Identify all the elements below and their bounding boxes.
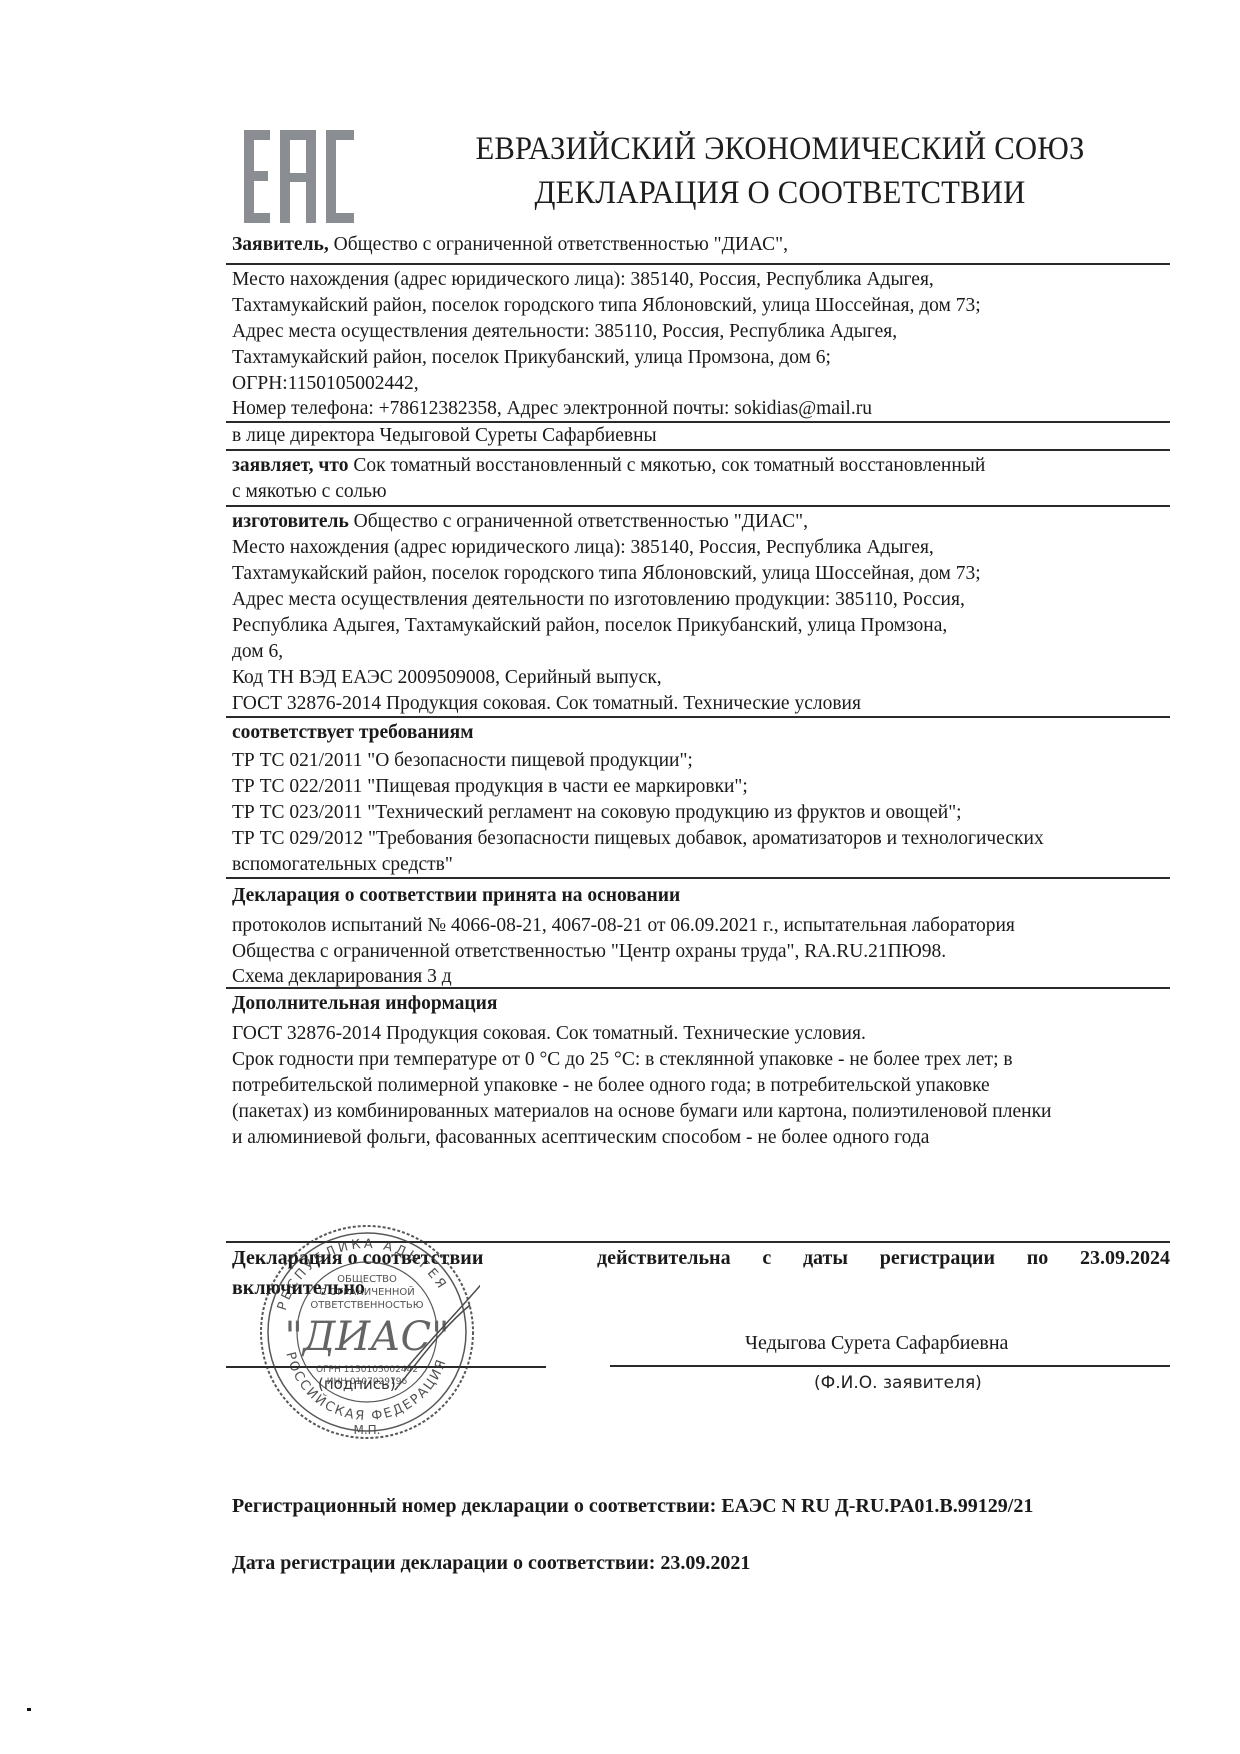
registration-date-label: Дата регистрации декларации о соответств… (232, 1552, 655, 1574)
svg-text:ОГРН 1150105002442: ОГРН 1150105002442 (316, 1365, 418, 1375)
divider (226, 263, 1170, 265)
test-protocols: протоколов испытаний № 4066-08-21, 4067-… (232, 912, 1015, 939)
requirements-label: соответствует требованиям (232, 719, 474, 746)
validity-word: даты (803, 1247, 848, 1270)
applicant-contacts: Номер телефона: +78612382358, Адрес элек… (232, 395, 872, 422)
shelf-life-line: Срок годности при температуре от 0 °С до… (232, 1046, 1013, 1073)
shelf-life-line: и алюминиевой фольги, фасованных асептич… (232, 1124, 929, 1151)
validity-statement: действительна с даты регистрации по 23.0… (597, 1247, 1170, 1270)
applicant-address-2: Тахтамукайский район, поселок городского… (232, 292, 981, 319)
applicant-ogrn: ОГРН:1150105002442, (232, 370, 419, 397)
name-line (610, 1365, 1170, 1367)
registration-number-label: Регистрационный номер декларации о соотв… (232, 1495, 716, 1517)
divider (226, 716, 1170, 718)
test-laboratory: Общества с ограниченной ответственностью… (232, 938, 946, 965)
divider (226, 505, 1170, 507)
manufacturer-activity-2: Республика Адыгея, Тахтамукайский район,… (232, 612, 947, 639)
svg-text:ИНН 0107029796: ИНН 0107029796 (327, 1377, 408, 1387)
gost-standard: ГОСТ 32876-2014 Продукция соковая. Сок т… (232, 690, 861, 717)
requirement-item: ТР ТС 021/2011 "О безопасности пищевой п… (232, 747, 693, 774)
validity-word: с (762, 1247, 771, 1270)
registration-number-line: Регистрационный номер декларации о соотв… (232, 1495, 1033, 1518)
manufacturer-activity-1: Адрес места осуществления деятельности п… (232, 586, 965, 613)
declaration-page: ЕВРАЗИЙСКИЙ ЭКОНОМИЧЕСКИЙ СОЮЗ ДЕКЛАРАЦИ… (0, 0, 1240, 1754)
shelf-life-line: (пакетах) из комбинированных материалов … (232, 1098, 1051, 1125)
divider (226, 877, 1170, 879)
validity-word: по (1027, 1247, 1049, 1270)
product-name-cont: с мякотью с солью (232, 478, 387, 505)
divider (226, 449, 1170, 451)
declaration-scheme: Схема декларирования 3 д (232, 963, 452, 990)
manufacturer-line: изготовитель Общество с ограниченной отв… (232, 508, 808, 535)
declares-line: заявляет, что Сок томатный восстановленн… (232, 452, 985, 479)
manufacturer-label: изготовитель (232, 511, 349, 532)
manufacturer-address-2: Тахтамукайский район, поселок городского… (232, 560, 981, 587)
validity-word: действительна (597, 1247, 731, 1270)
svg-text:М.П.: М.П. (353, 1423, 380, 1437)
applicant-name: Общество с ограниченной ответственностью… (329, 234, 788, 255)
requirement-item: ТР ТС 022/2011 "Пищевая продукция в част… (232, 773, 748, 800)
registration-number-value: ЕАЭС N RU Д-RU.PA01.B.99129/21 (721, 1495, 1033, 1517)
svg-text:ОТВЕТСТВЕННОСТЬЮ: ОТВЕТСТВЕННОСТЬЮ (310, 1300, 423, 1311)
applicant-activity-address-2: Тахтамукайский район, поселок Прикубанск… (232, 344, 831, 371)
representative: в лице директора Чедыговой Суреты Сафарб… (232, 422, 657, 449)
declaration-title: ДЕКЛАРАЦИЯ О СООТВЕТСТВИИ (455, 171, 1106, 215)
union-title: ЕВРАЗИЙСКИЙ ЭКОНОМИЧЕСКИЙ СОЮЗ (455, 127, 1106, 171)
manufacturer-address-1: Место нахождения (адрес юридического лиц… (232, 534, 934, 561)
eac-mark-icon (244, 130, 354, 223)
requirement-item-cont: вспомогательных средств" (232, 851, 453, 878)
basis-label: Декларация о соответствии принята на осн… (232, 882, 680, 909)
signatory-name: Чедыгова Сурета Сафарбиевна (745, 1332, 1008, 1355)
manufacturer-activity-3: дом 6, (232, 638, 283, 665)
document-title: ЕВРАЗИЙСКИЙ ЭКОНОМИЧЕСКИЙ СОЮЗ ДЕКЛАРАЦИ… (430, 127, 1130, 215)
applicant-activity-address-1: Адрес места осуществления деятельности: … (232, 318, 897, 345)
product-name: Сок томатный восстановленный с мякотью, … (349, 455, 986, 476)
hs-code: Код ТН ВЭД ЕАЭС 2009509008, Серийный вып… (232, 664, 662, 691)
registration-date-line: Дата регистрации декларации о соответств… (232, 1552, 750, 1575)
shelf-life-line: потребительской полимерной упаковке - не… (232, 1072, 990, 1099)
applicant-address-1: Место нахождения (адрес юридического лиц… (232, 266, 934, 293)
additional-info-line: ГОСТ 32876-2014 Продукция соковая. Сок т… (232, 1020, 866, 1047)
manufacturer-name: Общество с ограниченной ответственностью… (349, 511, 808, 532)
name-caption: (Ф.И.О. заявителя) (814, 1373, 982, 1393)
svg-text:С ОГРАНИЧЕННОЙ: С ОГРАНИЧЕННОЙ (319, 1285, 415, 1298)
requirement-item: ТР ТС 029/2012 "Требования безопасности … (232, 825, 1044, 852)
validity-word: регистрации (880, 1247, 995, 1270)
validity-expiry-date: 23.09.2024 (1080, 1247, 1170, 1270)
requirement-item: ТР ТС 023/2011 "Технический регламент на… (232, 799, 962, 826)
divider (226, 987, 1170, 989)
declares-label: заявляет, что (232, 455, 349, 476)
svg-text:ОБЩЕСТВО: ОБЩЕСТВО (337, 1274, 397, 1285)
company-seal-icon: РЕСПУБЛИКА АДЫГЕЯ РОССИЙСКАЯ ФЕДЕРАЦИЯ О… (255, 1220, 480, 1445)
additional-info-label: Дополнительная информация (232, 990, 497, 1017)
applicant-label: Заявитель, (232, 234, 329, 255)
applicant-line: Заявитель, Общество с ограниченной ответ… (232, 231, 788, 258)
registration-date-value: 23.09.2021 (660, 1552, 750, 1574)
scan-artifact (27, 1708, 31, 1711)
